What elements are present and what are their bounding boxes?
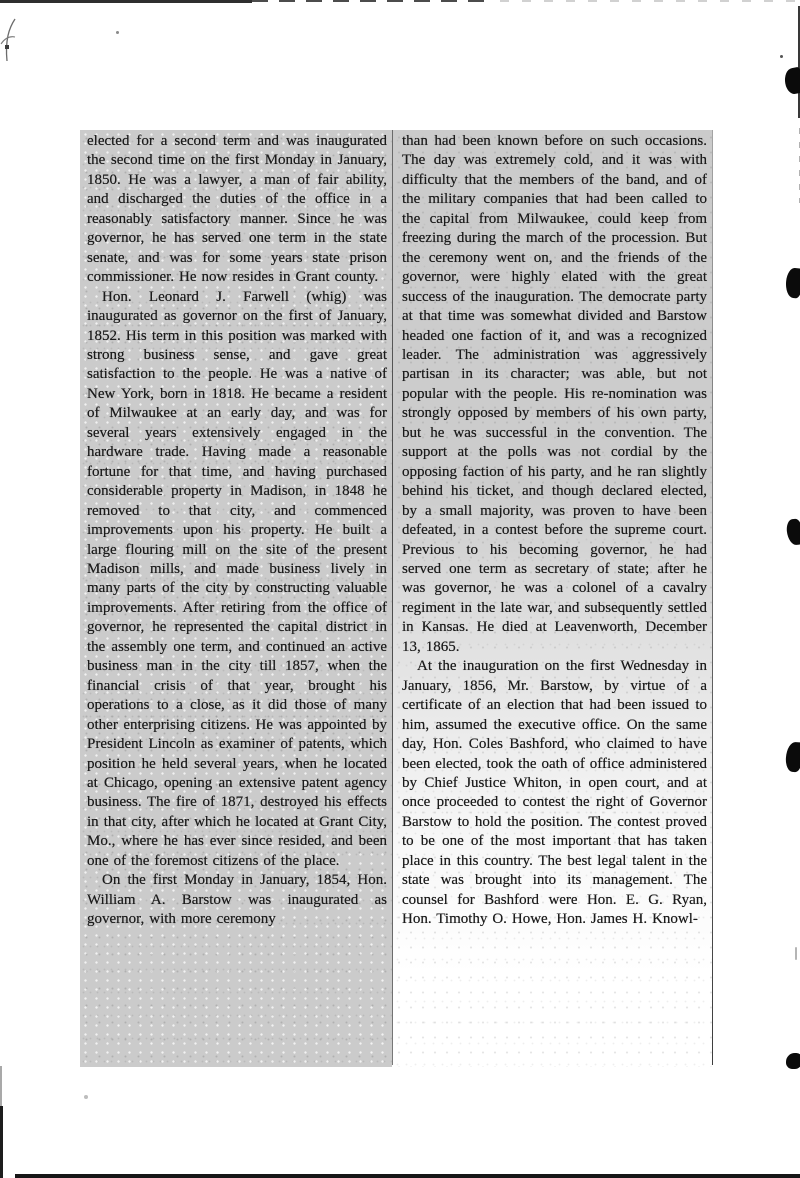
top-edge-scan-line-dashes <box>252 0 492 2</box>
right-column-rule <box>712 130 713 1065</box>
scanned-document-page: elected for a second term and was inaugu… <box>0 0 800 1178</box>
left-edge-scan-line <box>0 1106 3 1178</box>
scan-speck <box>116 31 119 34</box>
paragraph: Hon. Leonard J. Farwell (whig) was inaug… <box>87 288 387 872</box>
paragraph: elected for a second term and was inaugu… <box>87 132 387 288</box>
paragraph: than had been known before on such occas… <box>402 132 707 657</box>
top-edge-scan-line <box>0 0 252 3</box>
scan-speck <box>795 947 797 960</box>
pen-stroke-mark-icon <box>0 16 24 64</box>
ink-blob <box>783 67 800 96</box>
paragraph: At the inauguration on the first Wednesd… <box>402 657 707 929</box>
scan-speck <box>84 1095 88 1099</box>
scan-speck <box>780 55 783 58</box>
ink-blob <box>786 518 800 545</box>
column-left: elected for a second term and was inaugu… <box>80 130 392 1067</box>
left-edge-scan-line-faint <box>0 1066 2 1106</box>
ink-blob <box>785 741 800 772</box>
column-right: than had been known before on such occas… <box>393 130 712 1067</box>
ink-blob <box>784 267 800 299</box>
ink-blob <box>786 1053 800 1069</box>
bottom-edge-scan-line <box>15 1174 800 1178</box>
article-text-block: elected for a second term and was inaugu… <box>80 130 722 1065</box>
paragraph: On the first Monday in January, 1854, Ho… <box>87 871 387 929</box>
top-edge-scan-line-faint <box>500 0 795 2</box>
